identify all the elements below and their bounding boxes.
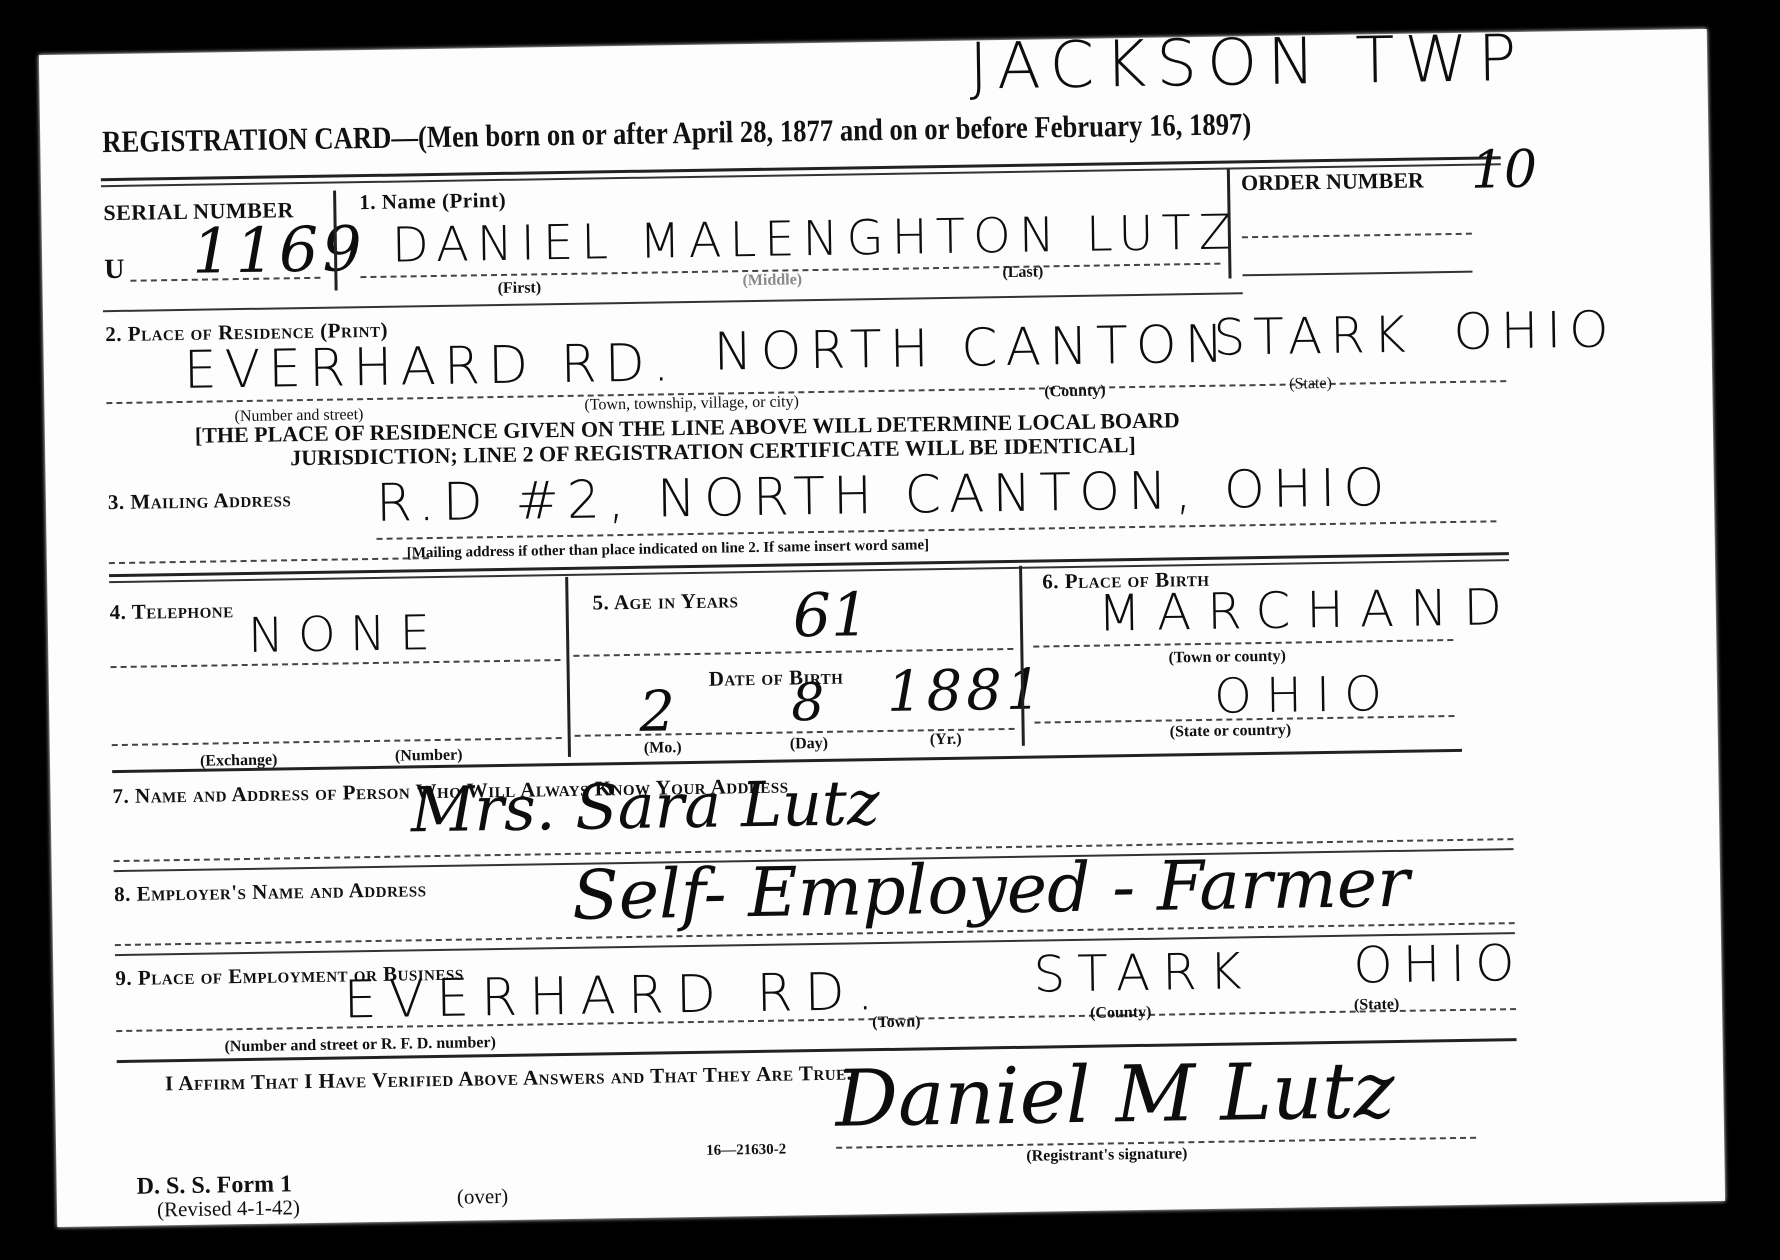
- residence-state: OHIO: [1453, 300, 1617, 361]
- town-label: (Town, township, village, or city): [584, 393, 799, 414]
- over-note: (over): [457, 1184, 509, 1210]
- dob-year-label: (Yr.): [930, 731, 962, 749]
- print-code: 16—21630-2: [706, 1142, 786, 1160]
- employment-county-label: (County): [1090, 1004, 1152, 1023]
- employment-state: OHIO: [1353, 934, 1525, 995]
- contact-value: Mrs. Sara Lutz: [410, 766, 880, 846]
- registration-card: JACKSON TWP REGISTRATION CARD—(Men born …: [39, 29, 1725, 1227]
- employment-town-label: (Town): [872, 1013, 921, 1032]
- employment-street-label: (Number and street or R. F. D. number): [224, 1034, 496, 1056]
- card-title: REGISTRATION CARD—(Men born on or after …: [102, 106, 1252, 160]
- signature-label: (Registrant's signature): [1026, 1145, 1187, 1166]
- township-annotation: JACKSON TWP: [969, 22, 1527, 105]
- employment-state-label: (State): [1354, 996, 1400, 1015]
- state-label: (State): [1289, 375, 1332, 394]
- telephone-number-label: (Number): [395, 747, 463, 766]
- form-revised: (Revised 4-1-42): [157, 1195, 300, 1222]
- affirmation-text: I Affirm That I Have Verified Above Answ…: [165, 1061, 853, 1097]
- dob-day-label: (Day): [790, 735, 828, 754]
- age-value: 61: [792, 580, 869, 651]
- mailing-label: 3. Mailing Address: [108, 487, 292, 515]
- order-number-label: ORDER NUMBER: [1241, 167, 1424, 196]
- mailing-value: R.D #2, NORTH CANTON, OHIO: [376, 458, 1393, 534]
- name-label: 1. Name (Print): [359, 188, 506, 215]
- telephone-value: NONE: [248, 605, 445, 664]
- birthplace-town-label: (Town or county): [1168, 648, 1286, 668]
- employer-label: 8. Employer's Name and Address: [114, 877, 427, 907]
- residence-county: STARK: [1213, 306, 1414, 367]
- order-number-value: 10: [1470, 140, 1537, 201]
- birthplace-state-label: (State or country): [1170, 722, 1292, 742]
- residence-street: EVERHARD RD.: [183, 333, 677, 401]
- name-value: DANIEL MALENGHTON LUTZ: [391, 204, 1240, 273]
- last-label: (Last): [1002, 263, 1043, 282]
- serial-prefix: U: [104, 254, 125, 286]
- birthplace-town: MARCHAND: [1097, 578, 1518, 643]
- county-label: (County): [1044, 382, 1106, 401]
- residence-town: NORTH CANTON: [713, 314, 1232, 382]
- registrant-signature: Daniel M Lutz: [835, 1046, 1396, 1145]
- employment-county: STARK: [1033, 942, 1254, 1003]
- dob-day: 8: [791, 673, 825, 734]
- age-label: 5. Age in Years: [592, 588, 738, 615]
- dob-month-label: (Mo.): [644, 739, 682, 758]
- telephone-label: 4. Telephone: [109, 598, 233, 625]
- mailing-note: [Mailing address if other than place ind…: [407, 537, 930, 562]
- employer-value: Self- Employed - Farmer: [572, 844, 1411, 936]
- middle-label: (Middle): [742, 271, 802, 290]
- first-label: (First): [497, 279, 541, 298]
